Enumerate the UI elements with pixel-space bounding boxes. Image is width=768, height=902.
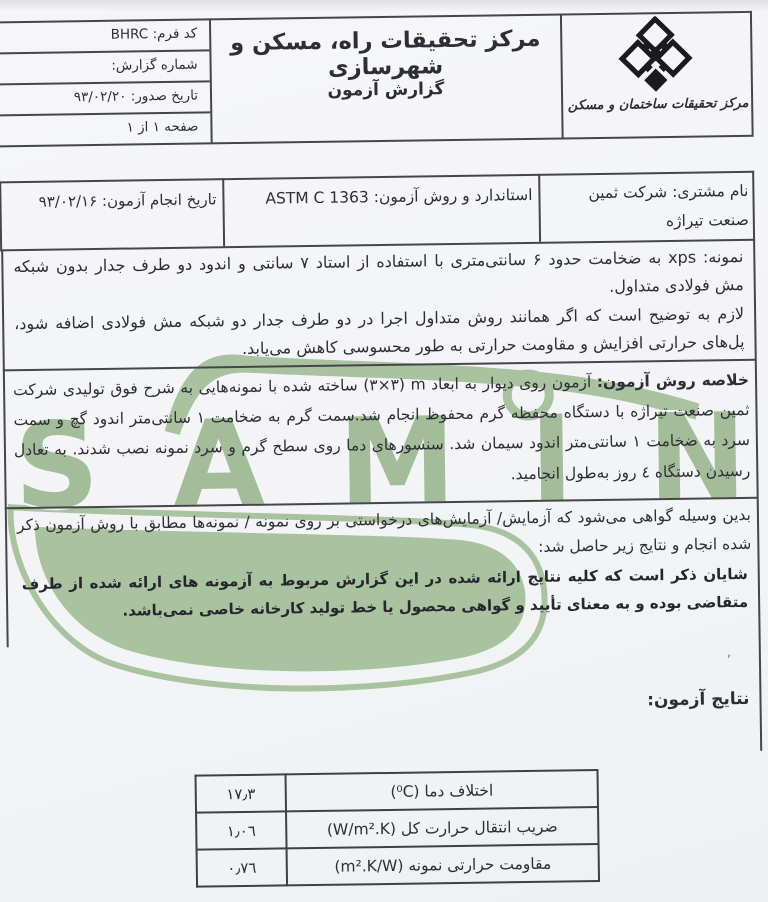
customer-name-cell: نام مشتری: شرکت ثمین صنعت تیراژه — [544, 177, 749, 237]
table-row: ضریب انتقال حرارت کل ‎(W/m².K)‎ ١٫٠٦ — [196, 807, 598, 850]
org-title: مرکز تحقیقات راه، مسکن و شهرسازی — [212, 26, 559, 83]
result-label-cell: مقاومت حرارتی نمونه ‎(m².K/W)‎ — [287, 844, 599, 885]
certification-statement: بدین وسیله گواهی می‌شود که آزمایش/ آزمای… — [17, 501, 752, 570]
scanned-test-report-page: SAMIN کد فرم: BHRC شماره گزارش: تاریخ صد… — [0, 0, 768, 902]
header-logo-divider — [560, 13, 564, 137]
report-number-cell: شماره گزارش: — [0, 49, 208, 83]
results-table: اختلاف دما ‎(⁰C)‎ ١٧٫٣ ضریب انتقال حرارت… — [195, 769, 601, 888]
info-divider — [538, 174, 541, 242]
report-type-title: گزارش آزمون — [213, 78, 559, 103]
issue-date-cell: تاریخ صدور: ۹۳/۰۲/۲۰ — [0, 80, 208, 114]
disclaimer-statement: شایان ذکر است که کلیه نتایج ارائه شده در… — [22, 561, 749, 627]
report-content: کد فرم: BHRC شماره گزارش: تاریخ صدور: ۹۳… — [0, 0, 768, 902]
result-label-cell: ضریب انتقال حرارت کل ‎(W/m².K)‎ — [286, 807, 598, 848]
result-value-cell: ١٧٫٣ — [196, 774, 287, 812]
result-label-cell: اختلاف دما ‎(⁰C)‎ — [286, 770, 598, 811]
sheet: SAMIN کد فرم: BHRC شماره گزارش: تاریخ صد… — [0, 0, 768, 902]
test-standard-cell: استاندارد و روش آزمون: ASTM C 1363 — [228, 186, 532, 208]
result-value-cell: ٠٫٧٦ — [197, 848, 288, 886]
result-value-cell: ١٫٠٦ — [196, 811, 287, 849]
info-divider — [222, 178, 225, 246]
page-number-cell: صفحه ۱ از ۱ — [0, 111, 209, 145]
form-code-cell: کد فرم: BHRC — [0, 18, 207, 52]
main-right-border — [753, 239, 762, 751]
bhrc-logo-caption: مرکز تحقیقات ساختمان و مسکن — [567, 96, 749, 114]
sample-description: نمونه: xps به ضخامت حدود ۶ سانتی‌متری با… — [13, 243, 745, 367]
test-date-cell: تاریخ انجام آزمون: ۹۳/۰۲/۱۶ — [4, 190, 216, 211]
results-heading: نتایج آزمون: — [563, 689, 753, 712]
sample-description-line2: لازم به توضیح است که اگر همانند روش متدا… — [14, 300, 745, 367]
method-summary-label: خلاصه روش آزمون: — [597, 371, 750, 391]
scan-artifact-mark: ’ — [727, 653, 731, 668]
info-right-border — [752, 171, 755, 239]
info-left-border — [0, 181, 2, 249]
table-row: اختلاف دما ‎(⁰C)‎ ١٧٫٣ — [196, 770, 598, 813]
bhrc-logo-icon — [596, 15, 715, 97]
method-summary: خلاصه روش آزمون: آزمون روی دیوار به ابعا… — [13, 365, 751, 496]
header-right-border — [750, 11, 754, 135]
table-row: مقاومت حرارتی نمونه ‎(m².K/W)‎ ٠٫٧٦ — [197, 844, 599, 887]
sample-description-line1: نمونه: xps به ضخامت حدود ۶ سانتی‌متری با… — [13, 243, 744, 310]
main-left-border — [1, 249, 9, 647]
